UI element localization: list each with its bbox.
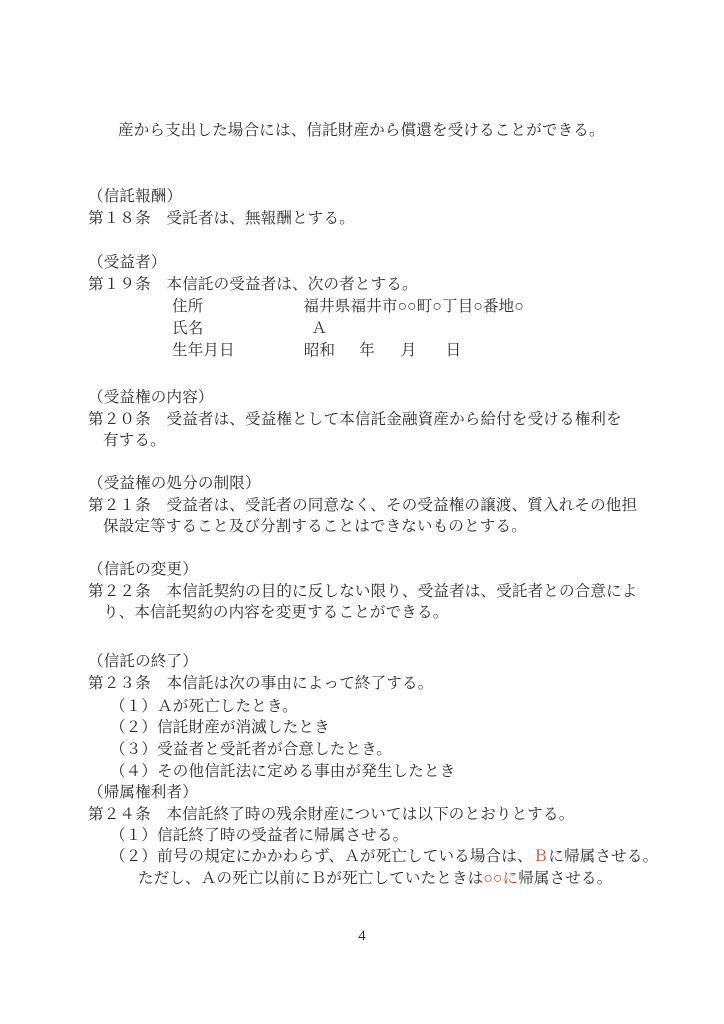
text-segment: 有する。 bbox=[103, 430, 166, 452]
text-segment: （２）前号の規定にかかわらず、Ａが死亡している場合は、 bbox=[110, 846, 533, 868]
text-segment: 生年月日 bbox=[172, 340, 235, 362]
document-line: 第２０条 受益者は、受益権として本信託金融資産から給付を受ける権利を bbox=[88, 409, 622, 431]
text-segment: 氏名 bbox=[172, 318, 203, 340]
text-segment: Ａ bbox=[311, 318, 327, 340]
text-segment: 保設定等すること及び分割することはできないものとする。 bbox=[103, 516, 527, 538]
text-segment: （信託報酬） bbox=[88, 186, 182, 208]
document-body: 産から支出した場合には、信託財産から償還を受けることができる。（信託報酬）第１８… bbox=[0, 0, 724, 1024]
text-segment: （信託の変更） bbox=[88, 559, 198, 581]
document-line: （信託の変更） bbox=[88, 559, 198, 581]
text-segment: 第２２条 本信託契約の目的に反しない限り、受益者は、受託者との合意によ bbox=[88, 581, 638, 603]
document-line: 第１９条 本信託の受益者は、次の者とする。 bbox=[88, 274, 418, 296]
text-segment: （２）信託財産が消滅したとき bbox=[110, 717, 330, 739]
text-segment: （受益者） bbox=[88, 252, 167, 274]
text-segment: 福井県福井市○○町○丁目○番地○ bbox=[303, 296, 524, 318]
document-line: （２）信託財産が消滅したとき bbox=[110, 717, 330, 739]
document-line: （帰属権利者） bbox=[88, 782, 198, 804]
text-segment: 帰属させる。 bbox=[518, 868, 612, 890]
document-line: （２）前号の規定にかかわらず、Ａが死亡している場合は、Ｂに帰属させる。 bbox=[110, 846, 658, 868]
text-segment: 第１８条 受託者は、無報酬とする。 bbox=[88, 208, 355, 230]
text-segment: （信託の終了） bbox=[88, 651, 198, 673]
document-line: 住所福井県福井市○○町○丁目○番地○ bbox=[172, 296, 524, 318]
document-line: 産から支出した場合には、信託財産から償還を受けることができる。 bbox=[118, 120, 605, 142]
text-segment: ただし、Ａの死亡以前にＢが死亡していたときは bbox=[138, 868, 483, 890]
page-number: 4 bbox=[0, 926, 724, 946]
document-line: 第２１条 受益者は、受託者の同意なく、その受益権の譲渡、質入れその他担 bbox=[88, 495, 637, 517]
document-line: 第１８条 受託者は、無報酬とする。 bbox=[88, 208, 355, 230]
document-line: 保設定等すること及び分割することはできないものとする。 bbox=[103, 516, 527, 538]
text-segment: 第２０条 受益者は、受益権として本信託金融資産から給付を受ける権利を bbox=[88, 409, 622, 431]
text-segment: 住所 bbox=[172, 296, 203, 318]
document-line: （受益権の内容） bbox=[88, 387, 214, 409]
text-segment: （受益権の処分の制限） bbox=[88, 473, 261, 495]
text-segment: 第２１条 受益者は、受託者の同意なく、その受益権の譲渡、質入れその他担 bbox=[88, 495, 637, 517]
document-line: （１）信託終了時の受益者に帰属させる。 bbox=[110, 825, 408, 847]
document-page: 産から支出した場合には、信託財産から償還を受けることができる。（信託報酬）第１８… bbox=[0, 0, 724, 1024]
text-segment: （３）受益者と受託者が合意したとき。 bbox=[110, 739, 392, 761]
text-segment: 第１９条 本信託の受益者は、次の者とする。 bbox=[88, 274, 418, 296]
document-line: 第２４条 本信託終了時の残余財産については以下のとおりとする。 bbox=[88, 804, 574, 826]
text-segment: （４）その他信託法に定める事由が発生したとき bbox=[110, 761, 455, 783]
document-line: （３）受益者と受託者が合意したとき。 bbox=[110, 739, 392, 761]
text-segment: （１）Ａが死亡したとき。 bbox=[110, 696, 298, 718]
document-line: （受益権の処分の制限） bbox=[88, 473, 261, 495]
document-line: （受益者） bbox=[88, 252, 167, 274]
document-line: （信託報酬） bbox=[88, 186, 182, 208]
document-line: り、本信託契約の内容を変更することができる。 bbox=[103, 602, 448, 624]
text-segment: （帰属権利者） bbox=[88, 782, 198, 804]
text-segment: （受益権の内容） bbox=[88, 387, 214, 409]
text-segment: （１）信託終了時の受益者に帰属させる。 bbox=[110, 825, 408, 847]
redacted-red-text: ○○に bbox=[483, 868, 518, 890]
text-segment: 第２４条 本信託終了時の残余財産については以下のとおりとする。 bbox=[88, 804, 574, 826]
document-line: （１）Ａが死亡したとき。 bbox=[110, 696, 298, 718]
text-segment: 日 bbox=[446, 340, 462, 362]
text-segment: 産から支出した場合には、信託財産から償還を受けることができる。 bbox=[118, 120, 605, 142]
text-segment: 第２３条 本信託は次の事由によって終了する。 bbox=[88, 673, 433, 695]
document-line: 第２２条 本信託契約の目的に反しない限り、受益者は、受託者との合意によ bbox=[88, 581, 638, 603]
text-segment: 月 bbox=[401, 340, 417, 362]
document-line: ただし、Ａの死亡以前にＢが死亡していたときは○○に帰属させる。 bbox=[138, 868, 612, 890]
text-segment: に帰属させる。 bbox=[548, 846, 658, 868]
text-segment: 昭和 bbox=[304, 340, 335, 362]
redacted-red-text: Ｂ bbox=[533, 846, 549, 868]
text-segment: 年 bbox=[359, 340, 375, 362]
document-line: （信託の終了） bbox=[88, 651, 198, 673]
document-line: （４）その他信託法に定める事由が発生したとき bbox=[110, 761, 455, 783]
document-line: 生年月日昭和年月日 bbox=[172, 340, 461, 362]
document-line: 第２３条 本信託は次の事由によって終了する。 bbox=[88, 673, 433, 695]
document-line: 有する。 bbox=[103, 430, 166, 452]
text-segment: り、本信託契約の内容を変更することができる。 bbox=[103, 602, 448, 624]
document-line: 氏名Ａ bbox=[172, 318, 327, 340]
